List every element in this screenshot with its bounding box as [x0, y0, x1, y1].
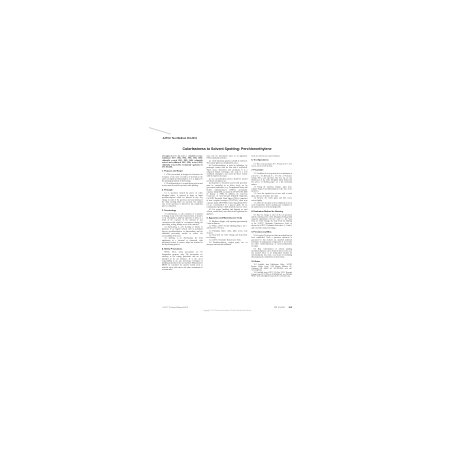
scan-artifact-line — [149, 127, 171, 135]
paragraph: 3.3 spotting, n.—in drycleaning, the loc… — [162, 237, 203, 246]
paragraph: 8.1 Rate the change in color of the test… — [251, 214, 292, 229]
paragraph: 7.1 Condition the test specimens for a m… — [251, 173, 292, 186]
paragraph: 5.6 Perchloroethylene, reagent grade, fr… — [207, 242, 248, 246]
section-heading: 2. Principle — [162, 189, 203, 191]
section-heading: 3. Terminology — [162, 210, 203, 212]
section-heading: 7. Procedure — [251, 169, 292, 171]
section-heading: 4. Safety Precautions — [162, 248, 203, 250]
section-heading: 6. Test Specimens — [251, 159, 292, 161]
paragraph: 3.2 drycleaning, n.—the cleaning of fabr… — [162, 226, 203, 237]
paragraph: 2.1 A specimen, backed by pieces of whit… — [162, 192, 203, 207]
paragraph: 1.2 Perchloroethylene is a rapid drying … — [162, 183, 203, 187]
document-header: AATCC Test Method 161-2011 — [163, 137, 292, 139]
paragraph: NOTE: These safety precautions are for i… — [162, 251, 203, 270]
page-footer: AATCC Technical Manual/2018 TM 161-2011 … — [162, 306, 292, 309]
text-column-1: Developed in 1975 by AATCC Committee RA4… — [162, 155, 203, 303]
paragraph: Store the solvent in a closed container. — [251, 155, 292, 157]
paragraph: 7.2 Using the medicine dropper, place th… — [251, 186, 292, 192]
paragraph: Developed in 1975 by AATCC Committee RA4… — [162, 155, 203, 168]
paragraph: 9.1 Precision. Precision for this test m… — [251, 235, 292, 248]
paragraph: 1.1 This test method is designed to dete… — [162, 174, 203, 183]
section-heading: 9. Precision and Bias — [251, 231, 292, 233]
paragraph: 6.1 Three test specimens 70 × 70 mm (2.7… — [251, 163, 292, 167]
footer-copyright: Copyright © 2017 American Association of… — [162, 310, 292, 312]
footer-method-number: TM 161-2011 — [274, 307, 285, 309]
section-heading: 5. Apparatus and Materials (see 10.2) — [207, 217, 248, 219]
section-heading: 1. Purpose and Scope — [162, 170, 203, 172]
footer-manual-label: AATCC Technical Manual/2018 — [162, 307, 188, 309]
text-column-2: tions and the precautions listed in all … — [207, 155, 248, 303]
text-columns: Developed in 1975 by AATCC Committee RA4… — [162, 155, 292, 303]
paragraph: 7.5 Allow the specimen to dry completely… — [251, 202, 292, 208]
section-heading: 8. Evaluation Method for Staining — [251, 211, 292, 213]
page-title: Colorfastness to Solvent Spotting: Perch… — [162, 147, 292, 151]
paragraph: 4.4 Exposure to chemicals used in this p… — [207, 182, 248, 208]
paragraph: 10.1 Available from Publications Office,… — [251, 264, 292, 272]
footer-right-group: TM 161-2011 289 — [274, 306, 292, 309]
paragraph: 10.2 Available from AATCC, PO Box 12215,… — [251, 272, 292, 278]
paragraph: 4.5 For proper handling and disposal of … — [207, 209, 248, 215]
paragraph: 4.2 Perchloroethylene is toxic by inhala… — [207, 165, 248, 178]
document-page: AATCC Test Method 161-2011 Colorfastness… — [0, 0, 458, 458]
section-heading: 10. Notes — [251, 261, 292, 263]
page-content: AATCC Test Method 161-2011 Colorfastness… — [162, 136, 292, 323]
footer-page-number: 289 — [288, 306, 292, 309]
paragraph: 3.1 colorfastness, n.—the resistance of … — [162, 213, 203, 226]
text-column-3: Store the solvent in a closed container.… — [251, 155, 292, 303]
paragraph: 9.2 Bias. Colorfastness to solvent spott… — [251, 248, 292, 259]
